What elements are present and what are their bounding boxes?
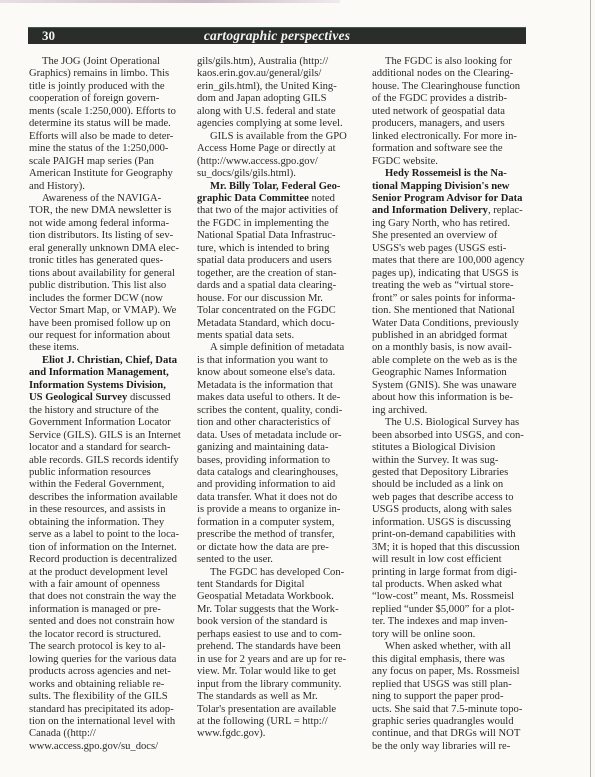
line-text: ments (scale 1:250,000). Efforts to <box>29 106 176 117</box>
line-text: tion distributors. Its listing of sev- <box>29 230 173 241</box>
line-text: “low-cost” meant, Ms. Rossmeisl <box>372 591 514 602</box>
line-text: Graphics) remains in limbo. This <box>29 68 169 79</box>
text-line: data catalogs and clearinghouses, <box>197 467 369 479</box>
line-text: Geographic Names Information <box>372 367 507 378</box>
line-text: National Spatial Data Infrastruc- <box>197 230 336 241</box>
line-text: lowing queries for the various data <box>29 654 176 665</box>
text-line: information is managed or pre- <box>29 604 199 616</box>
text-line: mine the status of the 1:250,000- <box>29 143 199 155</box>
text-line: bases, providing information to <box>197 455 369 467</box>
text-line: is that information you want to <box>197 355 369 367</box>
line-text: dards and a spatial data clearing- <box>197 280 336 291</box>
text-line: locator and a standard for search- <box>29 442 199 454</box>
line-text: su_docs/gils/gils.html). <box>197 168 296 179</box>
line-text: dom and Japan adopting GILS <box>197 93 326 104</box>
line-text: The FGDC has developed Con- <box>210 567 344 578</box>
text-line: the history and structure of the <box>29 405 199 417</box>
line-text: the history and structure of the <box>29 405 159 416</box>
line-text: the FGDC in implementing the <box>197 218 329 229</box>
text-line: along with U.S. federal and state <box>197 106 369 118</box>
text-line: web pages that describe access to <box>372 492 547 504</box>
text-line: able complete on the web as is the <box>372 355 547 367</box>
line-text-continuation: noted <box>309 193 335 204</box>
text-line: Senior Program Advisor for Data <box>372 193 547 205</box>
text-line: know about someone else's data. <box>197 367 369 379</box>
text-line: and History). <box>29 181 199 193</box>
text-line: USGS products, along with sales <box>372 504 547 516</box>
line-text: tion. She mentioned that National <box>372 305 515 316</box>
line-text: obtaining the information. They <box>29 517 164 528</box>
line-text: replied “under $5,000” for a plot- <box>372 604 514 615</box>
text-line: be the only way libraries will re- <box>372 741 547 753</box>
line-text: along with U.S. federal and state <box>197 106 336 117</box>
line-text: gils/gils.htm), Australia (http:// <box>197 56 328 67</box>
text-line: tion on the international level with <box>29 716 199 728</box>
text-line: is provide a means to organize in- <box>197 504 369 516</box>
line-text: products across agencies and net- <box>29 666 171 677</box>
line-text: www.fgdc.gov). <box>197 728 265 739</box>
line-text: determine its status will be made. <box>29 118 171 129</box>
line-text: linked electronically. For more in- <box>372 131 517 142</box>
text-line: gested that Depository Libraries <box>372 467 547 479</box>
line-text: is that information you want to <box>197 355 328 366</box>
speaker-name-bold: Senior Program Advisor for Data <box>372 193 522 204</box>
line-text: formation and software see the <box>372 143 503 154</box>
line-text: in these resources, and assists in <box>29 504 166 515</box>
text-line: tion of information on the Internet. <box>29 542 199 554</box>
text-line: pages up), indicating that USGS is <box>372 268 547 280</box>
line-text: printing in large format from digi- <box>372 567 517 578</box>
text-line: ter. The indexes and map inven- <box>372 616 547 628</box>
line-text: not wide among federal informa- <box>29 218 169 229</box>
line-text: When asked whether, with all <box>385 641 511 652</box>
text-line: The FGDC is also looking for <box>372 56 547 68</box>
text-line: Service (GILS). GILS is an Internet <box>29 430 199 442</box>
line-text: www.access.gpo.gov/su_docs/ <box>29 741 158 752</box>
text-line: Geographic Names Information <box>372 367 547 379</box>
text-line: US Geological Survey discussed <box>29 392 199 404</box>
line-text: within the Federal Government, <box>29 479 164 490</box>
line-text: Geospatial Metadata Workbook. <box>197 591 334 602</box>
text-line: Geospatial Metadata Workbook. <box>197 591 369 603</box>
line-text: scale PAIGH map series (Pan <box>29 156 154 167</box>
line-text: serve as a label to point to the loca- <box>29 529 179 540</box>
line-text: ucts. She said that 7.5-minute topo- <box>372 704 522 715</box>
text-column-2: gils/gils.htm), Australia (http://kaos.e… <box>197 56 369 741</box>
text-line: Hedy Rossemeisl is the Na- <box>372 168 547 180</box>
text-line: at the following (URL = http:// <box>197 716 369 728</box>
text-line: www.fgdc.gov). <box>197 728 369 740</box>
running-title: cartographic perspectives <box>28 28 526 44</box>
text-line: scribes the content, quality, condi- <box>197 405 369 417</box>
text-line: su_docs/gils/gils.html). <box>197 168 369 180</box>
text-line: book version of the standard is <box>197 616 369 628</box>
text-line: spatial data producers and users <box>197 255 369 267</box>
text-line: have been promised follow up on <box>29 318 199 330</box>
text-line: and Information Management, <box>29 367 199 379</box>
text-line: tronic titles has generated ques- <box>29 255 199 267</box>
line-text-continuation: , replac- <box>488 205 523 216</box>
line-text: be the only way libraries will re- <box>372 741 510 752</box>
line-text: or dictate how the data are pre- <box>197 542 329 553</box>
text-line: house. For our discussion Mr. <box>197 293 369 305</box>
speaker-name-bold: Eliot J. Christian, Chief, Data <box>42 355 177 366</box>
line-text: GILS is available from the GPO <box>210 131 347 142</box>
text-line: serve as a label to point to the loca- <box>29 529 199 541</box>
text-line: dards and a spatial data clearing- <box>197 280 369 292</box>
line-text: Water Data Conditions, previously <box>372 318 519 329</box>
text-line: ucts. She said that 7.5-minute topo- <box>372 704 547 716</box>
text-line: kaos.erin.gov.au/general/gils/ <box>197 68 369 80</box>
line-text: with a fair amount of openness <box>29 579 160 590</box>
text-line: in these resources, and assists in <box>29 504 199 516</box>
speaker-name-bold: and Information Management, <box>29 367 169 378</box>
line-text: System (GNIS). She was unaware <box>372 380 516 391</box>
line-text: prescribe the method of transfer, <box>197 529 335 540</box>
line-text: tronic titles has generated ques- <box>29 255 163 266</box>
line-text: standard has precipitated its adop- <box>29 704 174 715</box>
line-text: eral generally unknown DMA elec- <box>29 243 179 254</box>
text-line: been absorbed into USGS, and con- <box>372 430 547 442</box>
text-line: standard has precipitated its adop- <box>29 704 199 716</box>
text-line: includes the former DCW (now <box>29 293 199 305</box>
text-line: able records. GILS records identify <box>29 455 199 467</box>
text-line: ture, which is intended to bring <box>197 243 369 255</box>
text-line: input from the library community. <box>197 679 369 691</box>
line-text: 3M; it is hoped that this discussion <box>372 542 520 553</box>
line-text: is provide a means to organize in- <box>197 504 340 515</box>
text-line: FGDC website. <box>372 156 547 168</box>
text-line: tion. She mentioned that National <box>372 305 547 317</box>
line-text: of the FGDC provides a distrib- <box>372 93 507 104</box>
line-text: ture, which is intended to bring <box>197 243 329 254</box>
line-text: FGDC website. <box>372 156 438 167</box>
text-line: makes data useful to others. It de- <box>197 392 369 404</box>
text-line: agencies complying at some level. <box>197 118 369 130</box>
text-line: “low-cost” meant, Ms. Rossmeisl <box>372 591 547 603</box>
text-line: in use for 2 years and are up for re- <box>197 654 369 666</box>
text-line: Awareness of the NAVIGA- <box>29 193 199 205</box>
line-text: title is jointly produced with the <box>29 81 165 92</box>
speaker-name-bold: Hedy Rossemeisl is the Na- <box>385 168 507 179</box>
text-line: the locator record is structured. <box>29 629 199 641</box>
line-text: locator and a standard for search- <box>29 442 170 453</box>
line-text: The FGDC is also looking for <box>385 56 512 67</box>
text-line: title is jointly produced with the <box>29 81 199 93</box>
text-line: and Information Delivery, replac- <box>372 205 547 217</box>
line-text: The U.S. Biological Survey has <box>385 417 519 428</box>
line-text: ganizing and maintaining data- <box>197 442 329 453</box>
line-text: the locator record is structured. <box>29 629 161 640</box>
text-line: linked electronically. For more in- <box>372 131 547 143</box>
text-line: tional Mapping Division's new <box>372 181 547 193</box>
text-line: tion distributors. Its listing of sev- <box>29 230 199 242</box>
text-line: continue, and that DRGs will NOT <box>372 728 547 740</box>
text-line: erin_gils.html), the United King- <box>197 81 369 93</box>
line-text: tion on the international level with <box>29 716 175 727</box>
line-text: have been promised follow up on <box>29 318 171 329</box>
text-line: scale PAIGH map series (Pan <box>29 156 199 168</box>
running-header-bar: 30 cartographic perspectives <box>28 27 526 44</box>
text-line: describes the information available <box>29 492 199 504</box>
line-text: treating the web as “virtual store- <box>372 280 514 291</box>
line-text: data catalogs and clearinghouses, <box>197 467 338 478</box>
line-text: stitutes a Biological Division <box>372 442 495 453</box>
text-line: A simple definition of metadata <box>197 342 369 354</box>
text-line: lowing queries for the various data <box>29 654 199 666</box>
line-text: information is managed or pre- <box>29 604 161 615</box>
line-text: know about someone else's data. <box>197 367 335 378</box>
text-line: that does not constrain the way the <box>29 591 199 603</box>
text-line: treating the web as “virtual store- <box>372 280 547 292</box>
line-text: gested that Depository Libraries <box>372 467 508 478</box>
text-line: She presented an overview of <box>372 230 547 242</box>
text-line: published in an abridged format <box>372 330 547 342</box>
line-text: includes the former DCW (now <box>29 293 163 304</box>
line-text: Tolar's presentation are available <box>197 704 336 715</box>
line-text: tent Standards for Digital <box>197 579 304 590</box>
text-line: printing in large format from digi- <box>372 567 547 579</box>
text-line: mates that there are 100,000 agency <box>372 255 547 267</box>
line-text: works and obtaining reliable re- <box>29 679 164 690</box>
text-line: not wide among federal informa- <box>29 218 199 230</box>
line-text: scribes the content, quality, condi- <box>197 405 342 416</box>
text-line: graphic Data Committee noted <box>197 193 369 205</box>
text-line: 3M; it is hoped that this discussion <box>372 542 547 554</box>
text-line: will result in low cost efficient <box>372 554 547 566</box>
text-line: determine its status will be made. <box>29 118 199 130</box>
text-line: stitutes a Biological Division <box>372 442 547 454</box>
line-text: tion of information on the Internet. <box>29 542 177 553</box>
text-line: data transfer. What it does not do <box>197 492 369 504</box>
line-text: Service (GILS). GILS is an Internet <box>29 430 181 441</box>
text-line: Efforts will also be made to deter- <box>29 131 199 143</box>
line-text: able complete on the web as is the <box>372 355 517 366</box>
line-text: additional nodes on the Clearing- <box>372 68 513 79</box>
text-line: prescribe the method of transfer, <box>197 529 369 541</box>
text-line: graphic series quadrangles would <box>372 716 547 728</box>
line-text: Access Home Page or directly at <box>197 143 336 154</box>
line-text: tory will be online soon. <box>372 629 475 640</box>
speaker-name-bold: Mr. Billy Tolar, Federal Geo- <box>210 181 340 192</box>
line-text: within the Survey. It was sug- <box>372 455 498 466</box>
line-text: sented to the user. <box>197 554 273 565</box>
text-line: Water Data Conditions, previously <box>372 318 547 330</box>
line-text: published in an abridged format <box>372 330 507 341</box>
line-text: tion and other characteristics of <box>197 417 331 428</box>
line-text: Government Information Locator <box>29 417 171 428</box>
line-text: perhaps easiest to use and to com- <box>197 629 342 640</box>
line-text: mine the status of the 1:250,000- <box>29 143 168 154</box>
line-text: agencies complying at some level. <box>197 118 343 129</box>
text-line: view. Mr. Tolar would like to get <box>197 666 369 678</box>
line-text: graphic series quadrangles would <box>372 716 514 727</box>
text-line: Tolar's presentation are available <box>197 704 369 716</box>
text-line: ments (scale 1:250,000). Efforts to <box>29 106 199 118</box>
line-text: together, are the creation of stan- <box>197 268 337 279</box>
line-text: replied that USGS was still plan- <box>372 679 512 690</box>
text-line: ing archived. <box>372 405 547 417</box>
text-line: Metadata is the information that <box>197 380 369 392</box>
text-line: tory will be online soon. <box>372 629 547 641</box>
text-line: together, are the creation of stan- <box>197 268 369 280</box>
text-line: public information resources <box>29 467 199 479</box>
text-line: at the product development level <box>29 567 199 579</box>
text-line: Canada ((http:// <box>29 728 199 740</box>
line-text: web pages that describe access to <box>372 492 514 503</box>
line-text: The search protocol is key to al- <box>29 641 166 652</box>
text-line: data. Uses of metadata include or- <box>197 430 369 442</box>
text-line: any focus on paper, Ms. Rossmeisl <box>372 666 547 678</box>
line-text: USGS's web pages (USGS esti- <box>372 243 506 254</box>
text-line: should be included as a link on <box>372 479 547 491</box>
line-text: book version of the standard is <box>197 616 327 627</box>
line-text: She presented an overview of <box>372 230 497 241</box>
text-line: front” or sales points for informa- <box>372 293 547 305</box>
line-text: sults. The flexibility of the GILS <box>29 691 168 702</box>
line-text: print-on-demand capabilities with <box>372 529 516 540</box>
text-line: Tolar concentrated on the FGDC <box>197 305 369 317</box>
line-text: house. The Clearinghouse function <box>372 81 520 92</box>
text-line: American Institute for Geography <box>29 168 199 180</box>
line-text: Mr. Tolar suggests that the Work- <box>197 604 339 615</box>
line-text: The standards as well as Mr. <box>197 691 318 702</box>
text-line: ning to support the paper prod- <box>372 691 547 703</box>
line-text: house. For our discussion Mr. <box>197 293 323 304</box>
text-line: and providing information to aid <box>197 479 369 491</box>
line-text: A simple definition of metadata <box>210 342 344 353</box>
text-line: eral generally unknown DMA elec- <box>29 243 199 255</box>
line-text: been absorbed into USGS, and con- <box>372 430 524 441</box>
text-line: additional nodes on the Clearing- <box>372 68 547 80</box>
line-text: makes data useful to others. It de- <box>197 392 340 403</box>
line-text: public distribution. This list also <box>29 280 166 291</box>
text-line: products across agencies and net- <box>29 666 199 678</box>
text-line: When asked whether, with all <box>372 641 547 653</box>
scan-top-edge-shade <box>0 0 340 3</box>
text-line: that two of the major activities of <box>197 205 369 217</box>
text-line: Information Systems Division, <box>29 380 199 392</box>
line-text: in use for 2 years and are up for re- <box>197 654 346 665</box>
text-line: Record production is decentralized <box>29 554 199 566</box>
text-line: print-on-demand capabilities with <box>372 529 547 541</box>
text-line: replied “under $5,000” for a plot- <box>372 604 547 616</box>
line-text: spatial data producers and users <box>197 255 332 266</box>
line-text: describes the information available <box>29 492 178 503</box>
speaker-name-bold: tional Mapping Division's new <box>372 181 509 192</box>
text-line: Graphics) remains in limbo. This <box>29 68 199 80</box>
line-text: prehend. The standards have been <box>197 641 341 652</box>
line-text: this digital emphasis, there was <box>372 654 505 665</box>
line-text: TOR, the new DMA newsletter is <box>29 205 171 216</box>
text-line: tent Standards for Digital <box>197 579 369 591</box>
line-text: erin_gils.html), the United King- <box>197 81 337 92</box>
line-text: data. Uses of metadata include or- <box>197 430 342 441</box>
line-text: formation in a computer system, <box>197 517 334 528</box>
line-text: at the following (URL = http:// <box>197 716 328 727</box>
line-text: ing Gary North, who has retired. <box>372 218 510 229</box>
text-line: formation in a computer system, <box>197 517 369 529</box>
text-line: public distribution. This list also <box>29 280 199 292</box>
text-line: uted network of geospatial data <box>372 106 547 118</box>
text-line: The U.S. Biological Survey has <box>372 417 547 429</box>
text-column-1: The JOG (Joint OperationalGraphics) rema… <box>29 56 199 753</box>
text-line: within the Survey. It was sug- <box>372 455 547 467</box>
line-text: that two of the major activities of <box>197 205 338 216</box>
line-text: producers, managers, and users <box>372 118 505 129</box>
line-text: ing archived. <box>372 405 427 416</box>
line-text: at the product development level <box>29 567 168 578</box>
line-text: sented and does not constrain how <box>29 616 175 627</box>
line-text: Awareness of the NAVIGA- <box>42 193 161 204</box>
text-line: System (GNIS). She was unaware <box>372 380 547 392</box>
line-text: Metadata is the information that <box>197 380 333 391</box>
text-line: the FGDC in implementing the <box>197 218 369 230</box>
line-text: USGS products, along with sales <box>372 504 512 515</box>
line-text: on a monthly basis, is now avail- <box>372 342 512 353</box>
text-line: ing Gary North, who has retired. <box>372 218 547 230</box>
text-line: The FGDC has developed Con- <box>197 567 369 579</box>
text-line: ments spatial data sets. <box>197 330 369 342</box>
line-text: Metadata Standard, which docu- <box>197 318 335 329</box>
line-text: tions about availability for general <box>29 268 175 279</box>
text-line: ganizing and maintaining data- <box>197 442 369 454</box>
line-text: any focus on paper, Ms. Rossmeisl <box>372 666 520 677</box>
speaker-name-bold: Information Systems Division, <box>29 380 166 391</box>
line-text: will result in low cost efficient <box>372 554 502 565</box>
text-line: Mr. Billy Tolar, Federal Geo- <box>197 181 369 193</box>
line-text: input from the library community. <box>197 679 341 690</box>
line-text: front” or sales points for informa- <box>372 293 515 304</box>
text-line: about how this information is be- <box>372 392 547 404</box>
line-text: and providing information to aid <box>197 479 335 490</box>
text-line: Government Information Locator <box>29 417 199 429</box>
line-text: Canada ((http:// <box>29 728 96 739</box>
text-line: with a fair amount of openness <box>29 579 199 591</box>
text-line: Access Home Page or directly at <box>197 143 369 155</box>
text-line: The search protocol is key to al- <box>29 641 199 653</box>
line-text: pages up), indicating that USGS is <box>372 268 519 279</box>
speaker-name-bold: US Geological Survey <box>29 392 127 403</box>
text-line: USGS's web pages (USGS esti- <box>372 243 547 255</box>
text-line: replied that USGS was still plan- <box>372 679 547 691</box>
line-text: tal products. When asked what <box>372 579 502 590</box>
text-line: cooperation of foreign govern- <box>29 93 199 105</box>
line-text: Efforts will also be made to deter- <box>29 131 173 142</box>
line-text: (http://www.access.gpo.gov/ <box>197 156 318 167</box>
text-line: formation and software see the <box>372 143 547 155</box>
text-line: National Spatial Data Infrastruc- <box>197 230 369 242</box>
line-text: bases, providing information to <box>197 455 330 466</box>
text-line: prehend. The standards have been <box>197 641 369 653</box>
line-text: our request for information about <box>29 330 170 341</box>
text-line: Eliot J. Christian, Chief, Data <box>29 355 199 367</box>
line-text: Tolar concentrated on the FGDC <box>197 305 336 316</box>
text-line: The standards as well as Mr. <box>197 691 369 703</box>
text-line: house. The Clearinghouse function <box>372 81 547 93</box>
text-line: producers, managers, and users <box>372 118 547 130</box>
text-line: (http://www.access.gpo.gov/ <box>197 156 369 168</box>
text-line: these items. <box>29 342 199 354</box>
text-line: sults. The flexibility of the GILS <box>29 691 199 703</box>
line-text: that does not constrain the way the <box>29 591 176 602</box>
line-text: and History). <box>29 181 85 192</box>
line-text: The JOG (Joint Operational <box>42 56 160 67</box>
line-text: data transfer. What it does not do <box>197 492 337 503</box>
text-line: tions about availability for general <box>29 268 199 280</box>
text-line: of the FGDC provides a distrib- <box>372 93 547 105</box>
text-line: www.access.gpo.gov/su_docs/ <box>29 741 199 753</box>
